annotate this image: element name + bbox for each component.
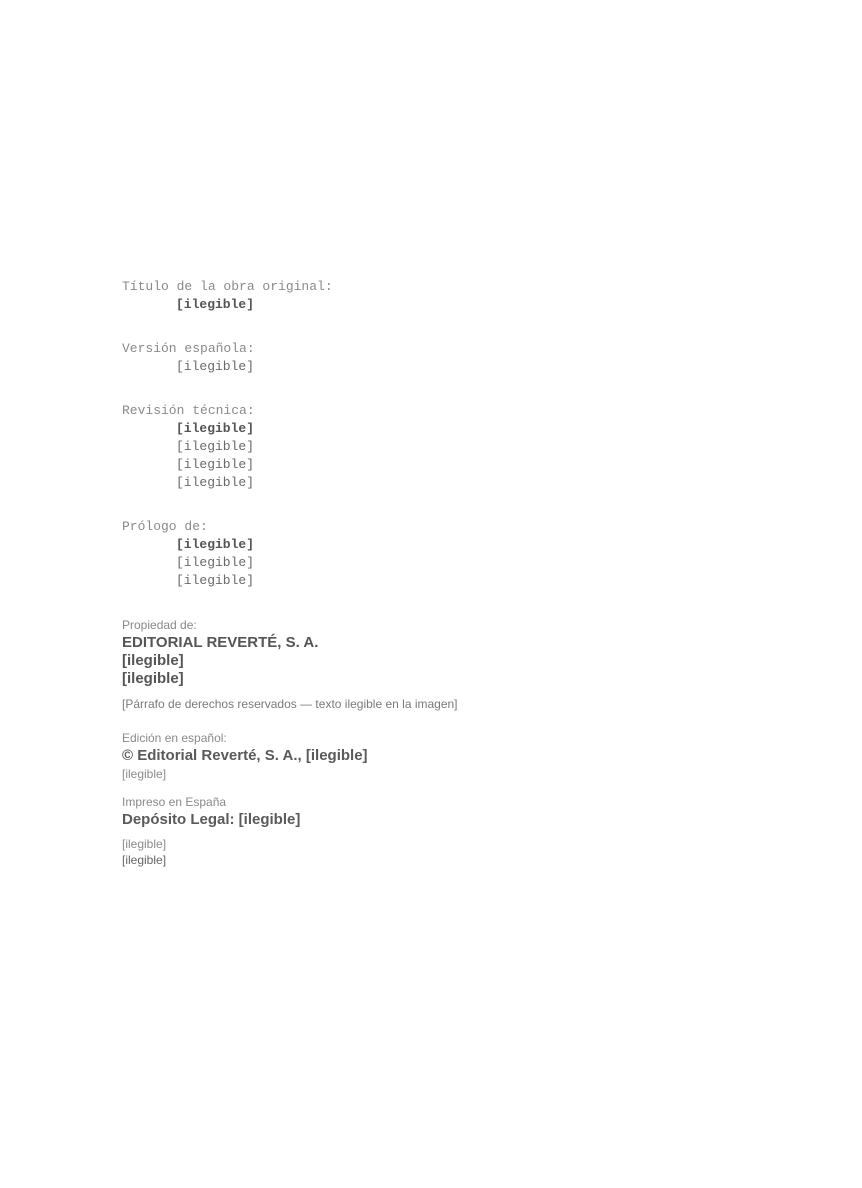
publisher-name: EDITORIAL REVERTÉ, S. A. [122,634,772,652]
prologue-affiliation: [ilegible] [176,554,772,572]
publisher-label: Propiedad de: [122,616,772,634]
original-title-label: Título de la obra original: [122,278,772,296]
copyright-label: Edición en español: [122,730,772,746]
translation-block: Versión española: [ilegible] [122,340,772,376]
technical-reviewer-affiliation: [ilegible] [176,456,772,474]
original-title-value: [ilegible] [176,296,772,314]
copyright-sub: [ilegible] [122,766,772,782]
prologue-author: [ilegible] [176,536,772,554]
publisher-address: [ilegible] [122,652,772,670]
printing-block: Impreso en España Depósito Legal: [ilegi… [122,794,772,868]
technical-reviewer-name: [ilegible] [176,420,772,438]
original-title-block: Título de la obra original: [ilegible] [122,278,772,314]
prologue-city: [ilegible] [176,572,772,590]
prologue-block: Prólogo de: [ilegible] [ilegible] [ilegi… [122,518,772,590]
technical-reviewer-city: [ilegible] [176,474,772,492]
printer-address: [ilegible] [122,852,772,868]
prologue-label: Prólogo de: [122,518,772,536]
technical-review-block: Revisión técnica: [ilegible] [ilegible] … [122,402,772,492]
rights-paragraph: [Párrafo de derechos reservados — texto … [122,694,772,714]
translation-value: [ilegible] [176,358,772,376]
printed-in-label: Impreso en España [122,794,772,810]
technical-review-label: Revisión técnica: [122,402,772,420]
technical-reviewer-affiliation: [ilegible] [176,438,772,456]
legal-deposit: Depósito Legal: [ilegible] [122,810,772,830]
copyright-block: Edición en español: © Editorial Reverté,… [122,730,772,782]
publisher-city: [ilegible] [122,670,772,688]
printer-label: [ilegible] [122,836,772,852]
publisher-block: Propiedad de: EDITORIAL REVERTÉ, S. A. [… [122,616,772,688]
copyright-line: © Editorial Reverté, S. A., [ilegible] [122,746,772,766]
copyright-page: Título de la obra original: [ilegible] V… [122,278,772,868]
translation-label: Versión española: [122,340,772,358]
